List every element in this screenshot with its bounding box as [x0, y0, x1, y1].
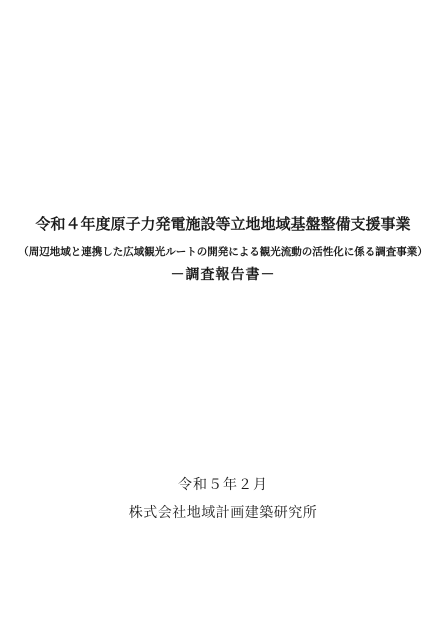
cover-date: 令和５年２月 — [0, 474, 446, 494]
cover-title: 令和４年度原子力発電施設等立地地域基盤整備支援事業 — [0, 213, 446, 234]
report-cover-page: 令和４年度原子力発電施設等立地地域基盤整備支援事業 （周辺地域と連携した広域観光… — [0, 0, 446, 630]
cover-subtitle: （周辺地域と連携した広域観光ルートの開発による観光流動の活性化に係る調査事業） — [0, 244, 446, 259]
cover-report-label: －調査報告書－ — [0, 264, 446, 284]
cover-company-name: 株式会社地域計画建築研究所 — [0, 502, 446, 522]
